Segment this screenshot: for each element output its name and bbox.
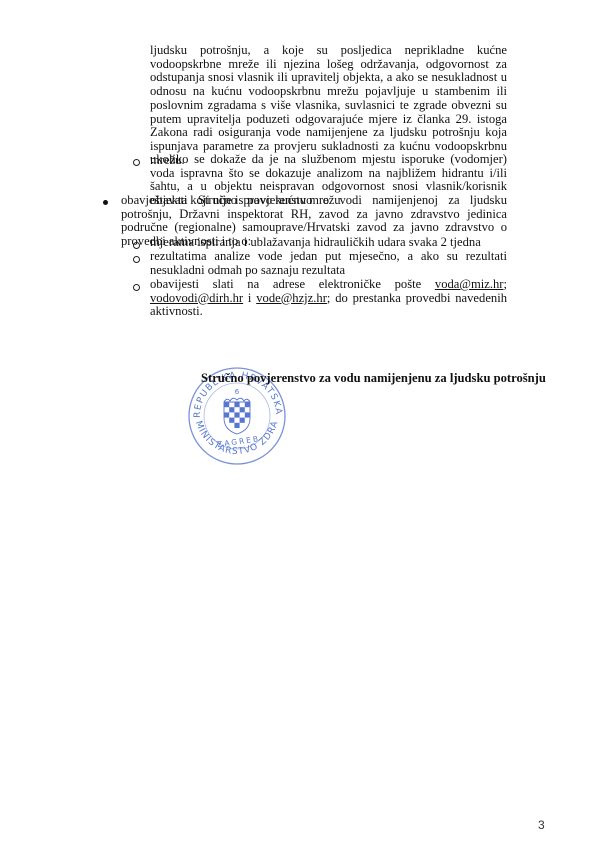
circle-bullet-icon [133,256,140,263]
email-link-hzjz[interactable]: vode@hzjz.hr [256,291,327,305]
sub-item-flushing: mjerama ispiranja i ublažavanja hidrauli… [150,236,507,250]
circle-bullet-icon [133,242,140,249]
continuation-paragraph: ljudsku potrošnju, a koje su posljedica … [150,44,507,167]
separator-text: i [243,291,256,305]
page-number: 3 [538,818,545,832]
email-link-miz[interactable]: voda@miz.hr [435,277,504,291]
sub-item-text: mjerama ispiranja i ublažavanja hidrauli… [150,235,481,249]
coat-of-arms-icon [224,398,250,434]
separator-text: ; [504,277,508,291]
continuation-text: ljudsku potrošnju, a koje su posljedica … [150,43,507,167]
stamp-number: 6 [235,388,240,396]
circle-bullet-icon [133,284,140,291]
sub-item-analysis: rezultatima analize vode jedan put mjese… [150,250,507,277]
circle-bullet-icon [133,159,140,166]
email-prefix-text: obavijesti slati na adrese elektroničke … [150,277,435,291]
sub-item-emails: obavijesti slati na adrese elektroničke … [150,278,507,319]
signature-line: Stručno povjerenstvo za vodu namijenjenu… [201,371,546,386]
bullet-icon [103,200,108,205]
email-link-dirh[interactable]: vodovodi@dirh.hr [150,291,243,305]
document-page: ljudsku potrošnju, a koje su posljedica … [0,0,616,867]
sub-item-text: rezultatima analize vode jedan put mjese… [150,249,507,277]
